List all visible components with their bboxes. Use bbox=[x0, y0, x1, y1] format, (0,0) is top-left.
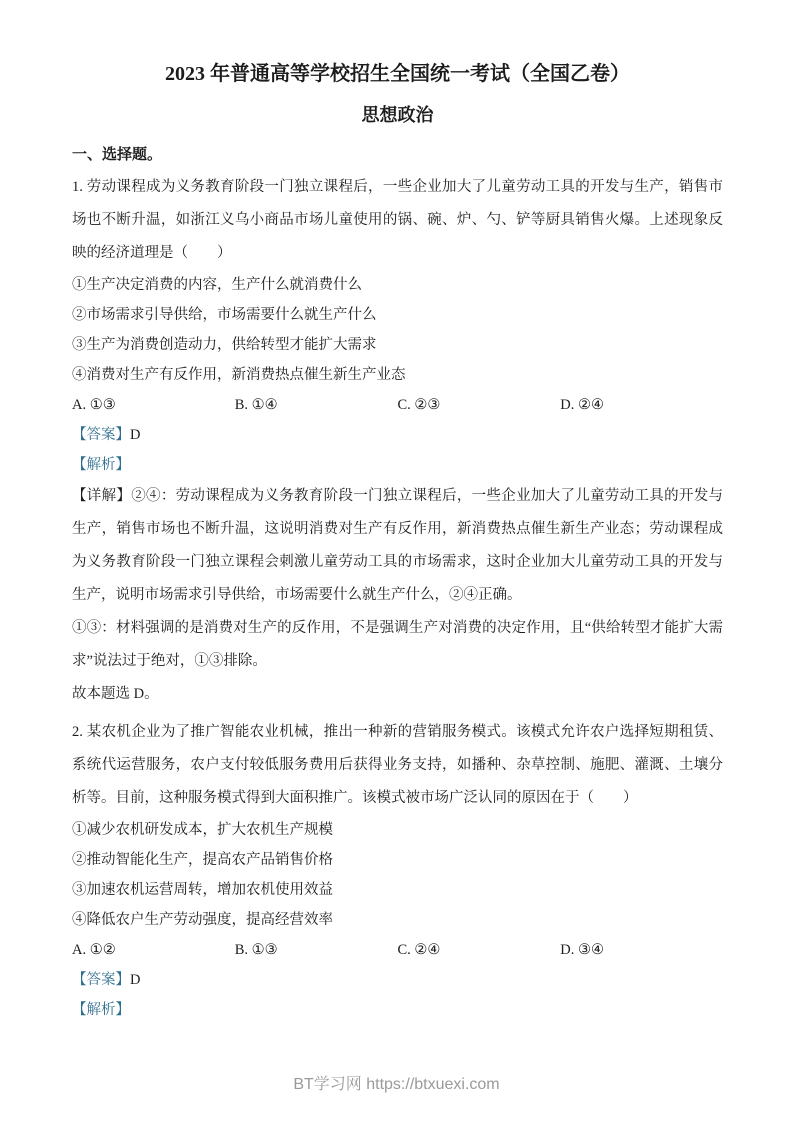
choice-c-label: C. bbox=[398, 397, 411, 413]
question-2-statement-1: ①减少农机研发成本，扩大农机生产规模 bbox=[72, 815, 723, 845]
question-1-explanation-p1: 【详解】②④：劳动课程成为义务教育阶段一门独立课程后，一些企业加大了儿童劳动工具… bbox=[72, 480, 723, 612]
question-1-analysis-line: 【解析】 bbox=[72, 450, 723, 480]
choice-a-label: A. bbox=[72, 397, 86, 413]
choice-b-value: ①④ bbox=[252, 397, 278, 413]
question-1-statement-2: ②市场需求引导供给，市场需要什么就生产什么 bbox=[72, 300, 723, 330]
section-heading: 一、选择题。 bbox=[72, 145, 723, 166]
choice-c-label: C. bbox=[398, 942, 411, 958]
question-1-answer-line: 【答案】D bbox=[72, 420, 723, 450]
watermark-footer: BT学习网 https://btxuexi.com bbox=[0, 1071, 793, 1094]
choice-d-label: D. bbox=[560, 397, 574, 413]
choice-c-value: ②④ bbox=[414, 942, 440, 958]
question-1-stem: 1. 劳动课程成为义务教育阶段一门独立课程后，一些企业加大了儿童劳动工具的开发与… bbox=[72, 171, 723, 270]
question-1-statement-3: ③生产为消费创造动力，供给转型才能扩大需求 bbox=[72, 330, 723, 360]
question-2-statement-4: ④降低农户生产劳动强度，提高经营效率 bbox=[72, 905, 723, 935]
choice-c: C. ②④ bbox=[398, 935, 561, 965]
answer-label: 【答案】 bbox=[72, 427, 130, 443]
document-subtitle: 思想政治 bbox=[72, 103, 723, 128]
choice-d: D. ②④ bbox=[560, 390, 723, 420]
question-1: 1. 劳动课程成为义务教育阶段一门独立课程后，一些企业加大了儿童劳动工具的开发与… bbox=[72, 171, 723, 711]
document-content: 2023 年普通高等学校招生全国统一考试（全国乙卷） 思想政治 一、选择题。 1… bbox=[0, 0, 793, 1025]
question-1-statement-4: ④消费对生产有反作用，新消费热点催生新生产业态 bbox=[72, 360, 723, 390]
question-2-answer-line: 【答案】D bbox=[72, 965, 723, 995]
choice-b-value: ①③ bbox=[252, 942, 278, 958]
question-1-explanation-p3: 故本题选 D。 bbox=[72, 678, 723, 711]
choice-b: B. ①③ bbox=[235, 935, 398, 965]
question-2: 2. 某农机企业为了推广智能农业机械，推出一种新的营销服务模式。该模式允许农户选… bbox=[72, 716, 723, 1025]
choice-c-value: ②③ bbox=[414, 397, 440, 413]
question-2-statement-3: ③加速农机运营周转，增加农机使用效益 bbox=[72, 875, 723, 905]
choice-b-label: B. bbox=[235, 397, 248, 413]
choice-d: D. ③④ bbox=[560, 935, 723, 965]
question-2-analysis-line: 【解析】 bbox=[72, 995, 723, 1025]
choice-a: A. ①② bbox=[72, 935, 235, 965]
answer-label: 【答案】 bbox=[72, 972, 130, 988]
question-2-statement-2: ②推动智能化生产，提高农产品销售价格 bbox=[72, 845, 723, 875]
question-2-stem: 2. 某农机企业为了推广智能农业机械，推出一种新的营销服务模式。该模式允许农户选… bbox=[72, 716, 723, 815]
choice-a-value: ①② bbox=[90, 942, 116, 958]
question-1-statement-1: ①生产决定消费的内容，生产什么就消费什么 bbox=[72, 270, 723, 300]
choice-a-value: ①③ bbox=[90, 397, 116, 413]
choice-b-label: B. bbox=[235, 942, 248, 958]
choice-c: C. ②③ bbox=[398, 390, 561, 420]
question-2-answer-value: D bbox=[130, 972, 140, 988]
analysis-label: 【解析】 bbox=[72, 1002, 130, 1018]
analysis-label: 【解析】 bbox=[72, 457, 130, 473]
choice-a-label: A. bbox=[72, 942, 86, 958]
choice-d-value: ③④ bbox=[578, 942, 604, 958]
choice-b: B. ①④ bbox=[235, 390, 398, 420]
question-1-answer-value: D bbox=[130, 427, 140, 443]
question-1-explanation: 【详解】②④：劳动课程成为义务教育阶段一门独立课程后，一些企业加大了儿童劳动工具… bbox=[72, 480, 723, 711]
document-title: 2023 年普通高等学校招生全国统一考试（全国乙卷） bbox=[72, 60, 723, 88]
choice-d-label: D. bbox=[560, 942, 574, 958]
exam-document-page: 2023 年普通高等学校招生全国统一考试（全国乙卷） 思想政治 一、选择题。 1… bbox=[0, 0, 793, 1122]
question-1-explanation-p2: ①③：材料强调的是消费对生产的反作用，不是强调生产对消费的决定作用，且“供给转型… bbox=[72, 612, 723, 678]
choice-d-value: ②④ bbox=[578, 397, 604, 413]
question-1-choices: A. ①③ B. ①④ C. ②③ D. ②④ bbox=[72, 390, 723, 420]
choice-a: A. ①③ bbox=[72, 390, 235, 420]
question-2-choices: A. ①② B. ①③ C. ②④ D. ③④ bbox=[72, 935, 723, 965]
